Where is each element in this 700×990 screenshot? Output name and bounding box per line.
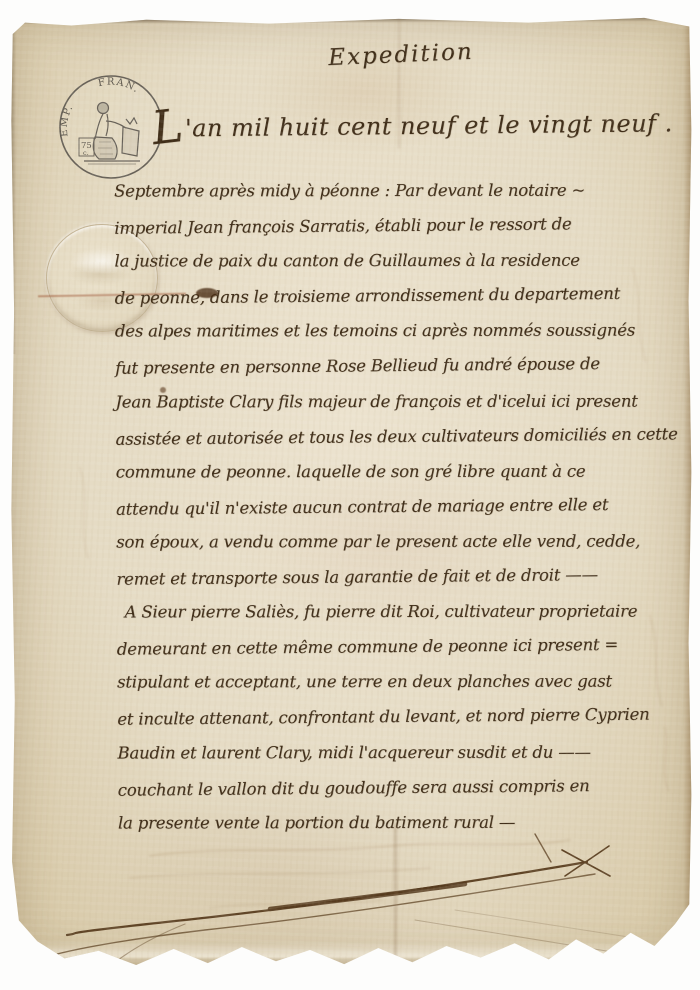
paper-sheet: EMP. FRAN. 75 c. bbox=[10, 16, 692, 966]
scanned-document: EMP. FRAN. 75 c. bbox=[0, 0, 700, 990]
top-crease bbox=[398, 18, 400, 148]
ink-blot bbox=[196, 288, 218, 298]
bleedthrough-marks bbox=[10, 16, 692, 966]
ink-spot bbox=[160, 387, 166, 393]
vertical-crease bbox=[394, 824, 397, 976]
